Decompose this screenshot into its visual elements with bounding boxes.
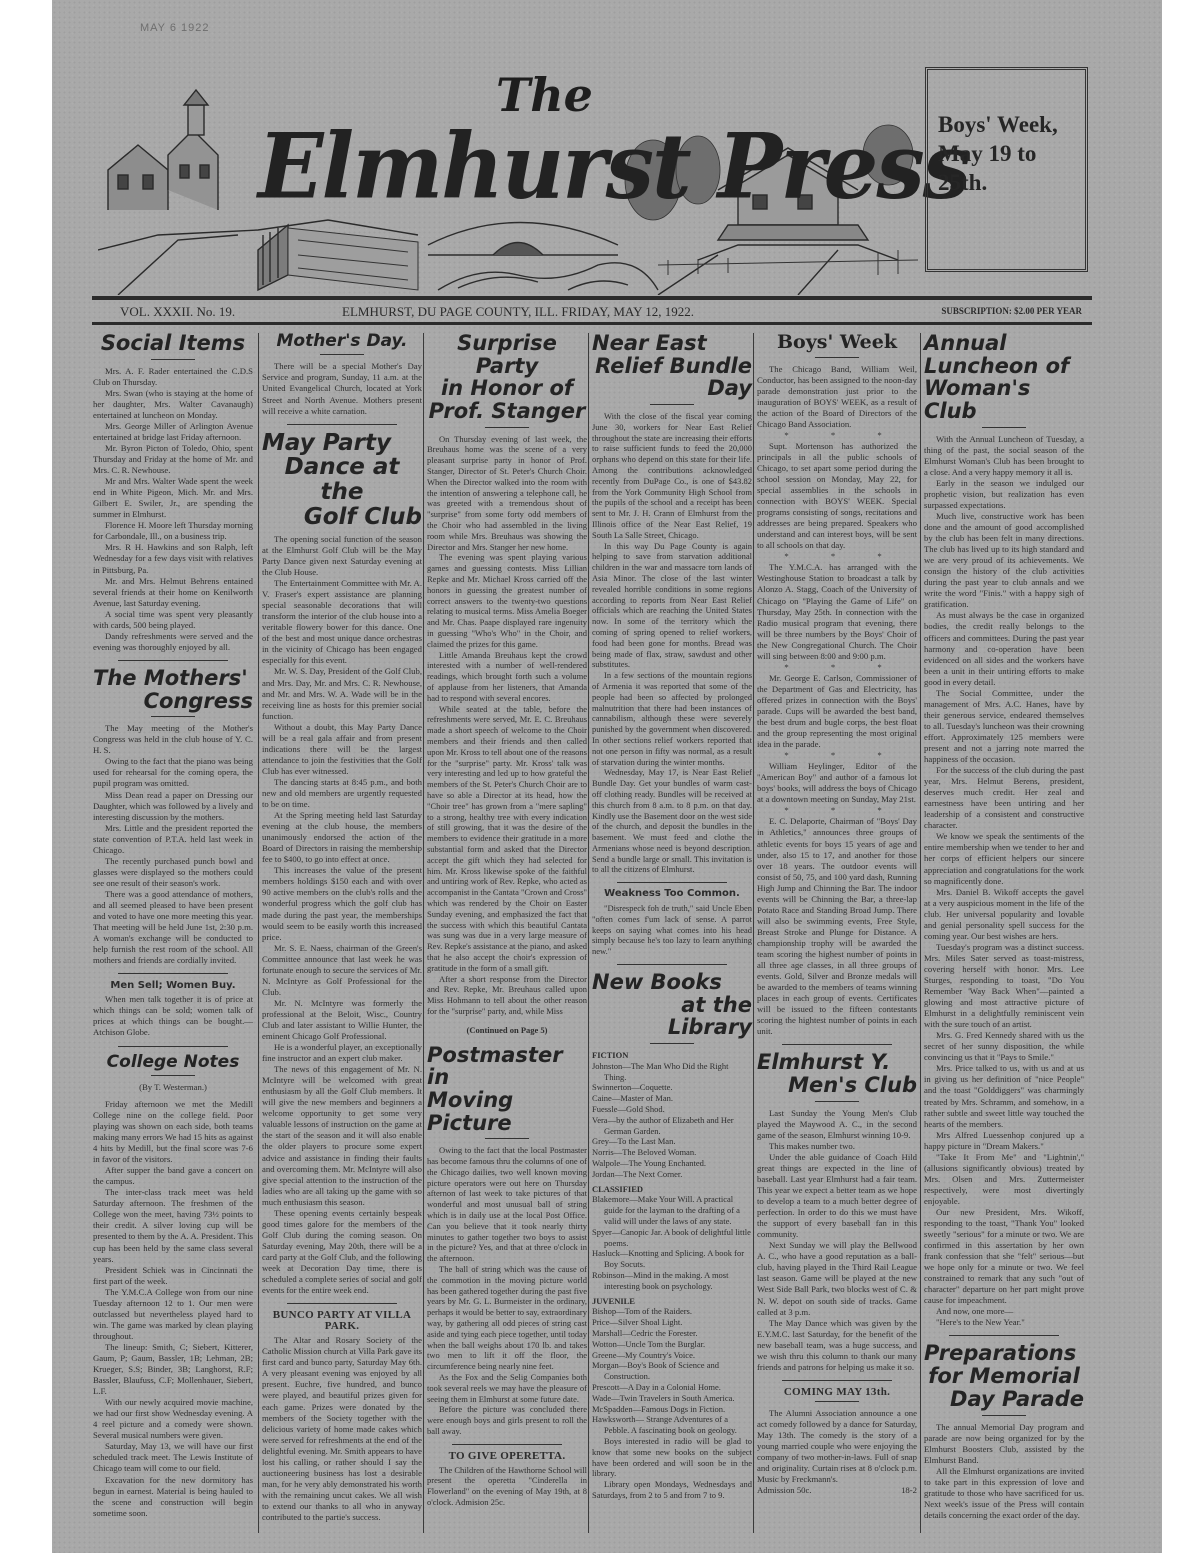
section-juvenile: JUVENILE [592, 1296, 752, 1307]
paragraph: The Alumni Association announce a one ac… [757, 1408, 917, 1485]
paragraph: Without a doubt, this May Party Dance wi… [262, 722, 422, 777]
paragraph: Owing to the fact that the piano was bei… [93, 756, 253, 789]
paragraph: Mr. S. E. Naess, chairman of the Green's… [262, 943, 422, 998]
paragraph: After supper the band gave a concert on … [93, 1165, 253, 1187]
column-2: Mother's Day. There will be a special Mo… [262, 332, 422, 1523]
divider [151, 716, 195, 717]
paragraph: At the Spring meeting held last Saturday… [262, 810, 422, 865]
paragraph: Mrs. G. Fred Kennedy shared with us the … [924, 1030, 1084, 1063]
headline-postmaster-1: Postmaster in [427, 1044, 587, 1089]
paragraph: This makes number two. [757, 1141, 917, 1152]
paragraph: Under the able guidance of Coach Hild gr… [757, 1152, 917, 1240]
paragraph: Dandy refreshments were served and the e… [93, 631, 253, 653]
article-social-items: Mrs. A. F. Rader entertained the C.D.S C… [93, 366, 253, 653]
divider [815, 1401, 859, 1402]
paragraph: As the Fox and the Selig Companies both … [427, 1372, 587, 1404]
paragraph: The inter-class track meet was held Satu… [93, 1187, 253, 1264]
headline-surprise-party-3: Prof. Stanger [427, 400, 587, 423]
book-entry: Swinnerton—Coquette. [592, 1082, 752, 1093]
divider [151, 1075, 195, 1076]
book-entry: Norris—The Beloved Woman. [592, 1147, 752, 1158]
paragraph: Library open Mondays, Wednesdays and Sat… [592, 1479, 752, 1501]
headline-mothers-congress-1: The Mothers' [93, 667, 253, 690]
headline-postmaster-2: Moving Picture [427, 1089, 587, 1134]
paragraph: Mr. Byron Picton of Toledo, Ohio, spent … [93, 443, 253, 476]
headline-mothers-day: Mother's Day. [262, 332, 422, 350]
headline-near-east-2: Relief Bundle [592, 355, 752, 378]
paragraph: The May Dance which was given by the E.Y… [757, 1318, 917, 1373]
bottom-rule [92, 322, 1092, 325]
book-entry: Marshall—Cedric the Forester. [592, 1328, 752, 1339]
dateline: VOL. XXXII. No. 19. ELMHURST, DU PAGE CO… [92, 300, 1092, 322]
paragraph: The ball of string which was the cause o… [427, 1264, 587, 1372]
headline-surprise-party-1: Surprise Party [427, 332, 587, 377]
paragraph: Miss Dean read a paper on Dressing our D… [93, 790, 253, 823]
article-womans-club: With the Annual Luncheon of Tuesday, a t… [924, 434, 1084, 1329]
book-entry: Wotton—Uncle Tom the Burglar. [592, 1339, 752, 1350]
paragraph: Mrs. Daniel B. Wikoff accepts the gavel … [924, 887, 1084, 942]
paragraph: The lineup: Smith, C; Siebert, Kitterer,… [93, 1342, 253, 1397]
divider [118, 660, 228, 661]
headline-weakness: Weakness Too Common. [592, 889, 752, 900]
divider [982, 1415, 1026, 1416]
paragraph: When men talk together it is of price at… [93, 994, 253, 1038]
book-entry: Blakemore—Make Your Will. A practical gu… [592, 1194, 752, 1226]
asterism: * * * [757, 750, 917, 761]
paragraph: Mrs Alfred Luessenhop conjured up a happ… [924, 1130, 1084, 1152]
asterism: * * * [757, 551, 917, 562]
paragraph: The Y.M.C.A College won from our nine Tu… [93, 1287, 253, 1342]
paragraph: Mrs. George Miller of Arlington Avenue e… [93, 421, 253, 443]
column-rule [588, 333, 589, 1533]
paragraph: We know we speak the sentiments of the e… [924, 831, 1084, 886]
paragraph: Friday afternoon we met the Medill Colle… [93, 1099, 253, 1165]
book-entry: Morgan—Boy's Book of Science and Constru… [592, 1360, 752, 1382]
column-rule [920, 333, 921, 1533]
paragraph: In this way Du Page County is again help… [592, 541, 752, 671]
byline: (By T. Westerman.) [93, 1082, 253, 1093]
paragraph: The May meeting of the Mother's Congress… [93, 723, 253, 756]
paragraph: The recently purchased punch bowl and gl… [93, 856, 253, 889]
paragraph: Mr. George E. Carlson, Commissioner of t… [757, 673, 917, 750]
paragraph: Our new President, Mrs. Wikoff, respondi… [924, 1207, 1084, 1306]
paragraph: "Take It From Me" and "Lightnin'," (allu… [924, 1152, 1084, 1207]
paragraph: Next Sunday we will play the Bellwood A.… [757, 1240, 917, 1317]
headline-coming-may-13: COMING MAY 13th. [757, 1387, 917, 1398]
column-4: Near East Relief Bundle Day With the clo… [592, 332, 752, 1501]
headline-may-party-2: Dance at the [262, 455, 422, 505]
book-entry: Robinson—Mind in the making. A most inte… [592, 1270, 752, 1292]
paragraph: In a few sections of the mountain region… [592, 670, 752, 767]
headline-memorial-3: Day Parade [924, 1388, 1084, 1411]
article-mens-club: Last Sunday the Young Men's Club played … [757, 1108, 917, 1373]
section-fiction: FICTION [592, 1050, 752, 1061]
paragraph: For the success of the club during the p… [924, 765, 1084, 831]
place-and-date: ELMHURST, DU PAGE COUNTY, ILL. FRIDAY, M… [342, 304, 694, 320]
divider [617, 964, 727, 965]
paragraph: There was a good attendance of mothers, … [93, 889, 253, 966]
asterism: * * * [757, 805, 917, 816]
headline-college-notes: College Notes [93, 1053, 253, 1071]
headline-men-sell: Men Sell; Women Buy. [93, 980, 253, 991]
paragraph: After a short response from the Director… [427, 974, 587, 1017]
paragraph: A social time was spent very pleasantly … [93, 609, 253, 631]
book-entry: Caine—Master of Man. [592, 1093, 752, 1104]
book-entry: Grey—To the Last Man. [592, 1136, 752, 1147]
book-entry: Wade—Twin Travelers in South America. [592, 1393, 752, 1404]
paragraph: He is a wonderful player, an exceptional… [262, 1042, 422, 1064]
paragraph: With the close of the fiscal year coming… [592, 411, 752, 541]
book-entry: Prescott—A Day in a Colonial Home. [592, 1382, 752, 1393]
headline-memorial-1: Preparations [924, 1342, 1084, 1365]
paragraph: Early in the season we indulged our prop… [924, 478, 1084, 511]
headline-bunco-party: BUNCO PARTY AT VILLA PARK. [262, 1310, 422, 1332]
paragraph: The Chicago Band, William Weil, Conducto… [757, 364, 917, 430]
divider [782, 1044, 892, 1045]
column-rule [753, 333, 754, 1533]
article-memorial-day: The annual Memorial Day program and para… [924, 1422, 1084, 1521]
headline-surprise-party-2: in Honor of [427, 377, 587, 400]
paragraph: The Altar and Rosary Society of the Cath… [262, 1335, 422, 1523]
divider [782, 1380, 892, 1381]
column-6: Annual Luncheon of Woman's Club With the… [924, 332, 1084, 1521]
paragraph: "Here's to the New Year." [924, 1317, 1084, 1328]
continued-notice[interactable]: (Continued on Page 5) [427, 1025, 587, 1036]
asterism: * * * [757, 430, 917, 441]
divider [118, 1046, 228, 1047]
paragraph: Mr and Mrs. Walter Wade spent the week e… [93, 476, 253, 520]
paragraph: E. C. Delaporte, Chairman of "Boys' Day … [757, 816, 917, 1037]
headline-near-east-3: Day [592, 377, 752, 400]
paragraph: Mr. N. McIntyre was formerly the profess… [262, 998, 422, 1042]
column-5: Boys' Week The Chicago Band, William Wei… [757, 332, 917, 1496]
headline-elmhurst-y-1: Elmhurst Y. [757, 1051, 917, 1074]
headline-near-east-1: Near East [592, 332, 752, 355]
divider [452, 1444, 562, 1445]
newspaper-title: Elmhurst Press [258, 113, 969, 219]
book-entry: McSpadden—Famous Dogs in Fiction. [592, 1404, 752, 1415]
masthead: The Elmhurst Press [98, 60, 918, 295]
admission-line: Admission 50c. 18-2 [757, 1485, 917, 1496]
headline-luncheon-3: Woman's Club [924, 377, 1084, 422]
article-surprise-party: On Thursday evening of last week, the Br… [427, 434, 587, 1017]
column-3: Surprise Party in Honor of Prof. Stanger… [427, 332, 587, 1508]
headline-operetta: TO GIVE OPERETTA. [427, 1451, 587, 1462]
divider [485, 1138, 529, 1139]
paragraph: With our newly acquired movie machine, w… [93, 1397, 253, 1441]
paragraph: Florence H. Moore left Thursday morning … [93, 520, 253, 542]
book-entry: Fuessle—Gold Shod. [592, 1104, 752, 1115]
paragraph: President Schiek was in Cincinnati the f… [93, 1265, 253, 1287]
article-near-east: With the close of the fiscal year coming… [592, 411, 752, 875]
paragraph: Tuesday's program was a distinct success… [924, 942, 1084, 1030]
headline-luncheon-2: Luncheon of [924, 355, 1084, 378]
paragraph: The Entertainment Committee with Mr. A. … [262, 578, 422, 666]
divider [650, 1043, 694, 1044]
divider [982, 427, 1026, 428]
column-rule [423, 333, 424, 1533]
divider [287, 424, 397, 425]
paragraph: The Y.M.C.A. has arranged with the Westi… [757, 562, 917, 661]
subscription-price: SUBSCRIPTION: $2.00 PER YEAR [941, 306, 1082, 316]
column-1: Social Items Mrs. A. F. Rader entertaine… [93, 332, 253, 1519]
headline-may-party-3: Golf Club [262, 505, 422, 530]
paragraph: Wednesday, May 17, is Near East Relief B… [592, 767, 752, 875]
headline-boys-week: Boys' Week [757, 332, 917, 353]
headline-may-party-1: May Party [262, 431, 422, 456]
paragraph: All the Elmhurst organizations are invit… [924, 1466, 1084, 1521]
paragraph: The dancing starts at 8:45 p.m., and bot… [262, 777, 422, 810]
paragraph: The news of this engagement of Mr. N. Mc… [262, 1064, 422, 1208]
book-entry: Price—Silver Shoal Light. [592, 1317, 752, 1328]
section-classified: CLASSIFIED [592, 1184, 752, 1195]
book-entry: Hawksworth— Strange Adventures of a Pebb… [592, 1414, 752, 1436]
paragraph: Saturday, May 13, we will have our first… [93, 1441, 253, 1474]
headline-memorial-2: for Memorial [924, 1365, 1084, 1388]
book-entry: Hasluck—Knotting and Splicing. A book fo… [592, 1248, 752, 1270]
paragraph: Mr. and Mrs. Helmut Behrens entained sev… [93, 576, 253, 609]
article-mothers-congress: The May meeting of the Mother's Congress… [93, 723, 253, 966]
divider [320, 354, 364, 355]
paragraph: The Social Committee, under the manageme… [924, 688, 1084, 765]
divider [118, 973, 228, 974]
paragraph: Little Amanda Breuhaus kept the crowd in… [427, 650, 587, 704]
paragraph: Mrs. R H. Hawkins and son Ralph, left We… [93, 542, 253, 575]
divider [815, 1101, 859, 1102]
paragraph: Much live, constructive work has been do… [924, 511, 1084, 610]
article-postmaster: Owing to the fact that the local Postmas… [427, 1145, 587, 1437]
paragraph: With the Annual Luncheon of Tuesday, a t… [924, 434, 1084, 478]
paragraph: There will be a special Mother's Day Ser… [262, 361, 422, 416]
paragraph: On Thursday evening of last week, the Br… [427, 434, 587, 553]
paragraph: Boys interested in radio will be glad to… [592, 1436, 752, 1479]
asterism: * * * [757, 662, 917, 673]
paragraph: Before the picture was concluded there w… [427, 1404, 587, 1436]
paragraph: And now, one more— [924, 1306, 1084, 1317]
paragraph: William Heylinger, Editor of the "Americ… [757, 761, 917, 805]
paragraph: This increases the value of the present … [262, 865, 422, 942]
admission-price: Admission 50c. [757, 1485, 812, 1496]
boys-week-box: Boys' Week, May 19 to 25th. [925, 67, 1088, 272]
ad-code: 18-2 [901, 1485, 917, 1496]
article-boys-week: The Chicago Band, William Weil, Conducto… [757, 364, 917, 1038]
book-list: FICTION Johnston—The Man Who Did the Rig… [592, 1050, 752, 1436]
paragraph: The opening social function of the seaso… [262, 534, 422, 578]
paragraph: The annual Memorial Day program and para… [924, 1422, 1084, 1466]
divider [287, 1303, 397, 1304]
paragraph: These opening events certainly bespeak g… [262, 1208, 422, 1296]
book-entry: Spyer—Canopic Jar. A book of delightful … [592, 1227, 752, 1249]
article-college-notes: Friday afternoon we met the Medill Colle… [93, 1099, 253, 1519]
column-rule [258, 333, 259, 1533]
headline-new-books-1: New Books [592, 971, 752, 994]
paragraph: Owing to the fact that the local Postmas… [427, 1145, 587, 1264]
paragraph: While seated at the table, before the re… [427, 704, 587, 974]
divider [151, 359, 195, 360]
headline-mothers-congress-2: Congress [93, 690, 253, 713]
paragraph: Mrs. Price talked to us, with us and at … [924, 1063, 1084, 1129]
paragraph: The Children of the Hawthorne School wil… [427, 1465, 587, 1508]
paragraph: Mr. W. S. Day, President of the Golf Clu… [262, 666, 422, 721]
headline-social-items: Social Items [93, 332, 253, 355]
article-may-party: The opening social function of the seaso… [262, 534, 422, 1296]
divider [617, 882, 727, 883]
volume-number: VOL. XXXII. No. 19. [120, 304, 235, 320]
paragraph: Last Sunday the Young Men's Club played … [757, 1108, 917, 1141]
paragraph: Mrs. Little and the president reported t… [93, 823, 253, 856]
divider [949, 1335, 1059, 1336]
divider [650, 404, 694, 405]
paragraph: Mrs. A. F. Rader entertained the C.D.S C… [93, 366, 253, 388]
headline-new-books-2: at the Library [592, 994, 752, 1039]
book-entry: Jordan—The Next Corner. [592, 1169, 752, 1180]
book-entry: Greene—My Country's Voice. [592, 1350, 752, 1361]
divider [485, 427, 529, 428]
pencil-annotation: MAY 6 1922 [140, 22, 210, 34]
paragraph: As must always be the case in organized … [924, 610, 1084, 687]
headline-luncheon-1: Annual [924, 332, 1084, 355]
divider [815, 357, 859, 358]
book-entry: Walpole—The Young Enchanted. [592, 1158, 752, 1169]
boys-week-box-text: Boys' Week, May 19 to 25th. [938, 110, 1079, 197]
book-entry: Bishop—Tom of the Raiders. [592, 1306, 752, 1317]
paragraph: Supt. Mortenson has authorized the princ… [757, 441, 917, 551]
book-entry: Vera—by the author of Elizabeth and Her … [592, 1115, 752, 1137]
paragraph: Excavation for the new dormitory has beg… [93, 1475, 253, 1519]
paragraph: The evening was spent playing various ga… [427, 552, 587, 649]
book-entry: Johnston—The Man Who Did the Right Thing… [592, 1061, 752, 1083]
paragraph: Mrs. Swan (who is staying at the home of… [93, 388, 253, 421]
paragraph: "Disrespeck foh de truth," said Uncle Eb… [592, 903, 752, 957]
headline-elmhurst-y-2: Men's Club [757, 1074, 917, 1097]
